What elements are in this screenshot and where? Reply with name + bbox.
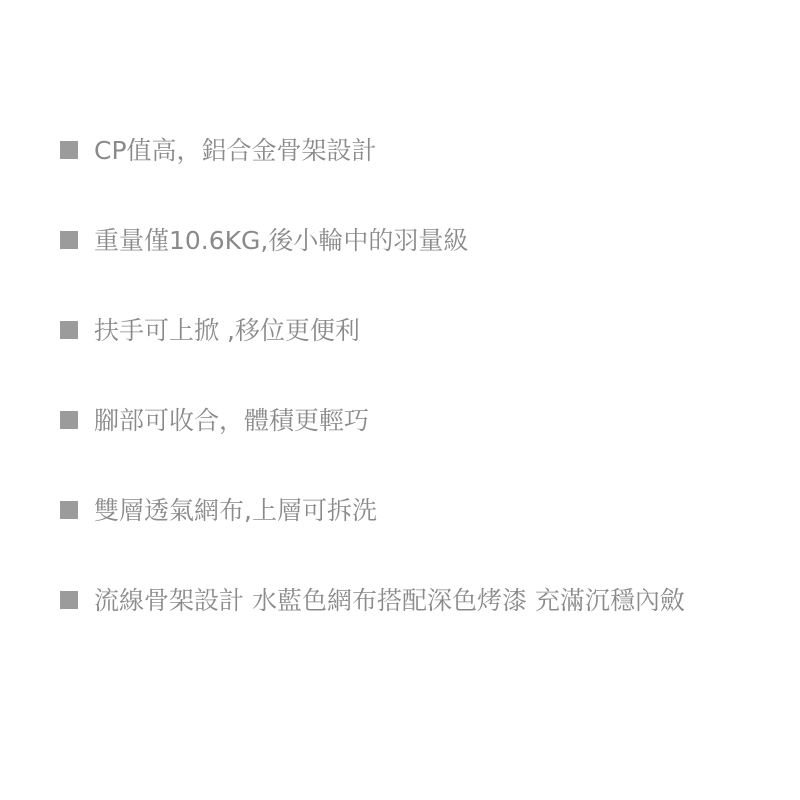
square-bullet-icon [60, 321, 78, 339]
feature-text: 重量僅10.6KG,後小輪中的羽量級 [94, 226, 468, 255]
feature-item: CP值高，鋁合金骨架設計 [60, 130, 760, 172]
feature-text: 扶手可上掀 ,移位更便利 [94, 316, 360, 345]
feature-item: 雙層透氣網布,上層可拆洗 [60, 490, 760, 532]
feature-item: 扶手可上掀 ,移位更便利 [60, 310, 760, 352]
square-bullet-icon [60, 501, 78, 519]
feature-text: CP值高，鋁合金骨架設計 [94, 136, 377, 165]
square-bullet-icon [60, 591, 78, 609]
feature-item: 腳部可收合，體積更輕巧 [60, 400, 760, 442]
feature-text: 雙層透氣網布,上層可拆洗 [94, 496, 377, 525]
feature-item: 重量僅10.6KG,後小輪中的羽量級 [60, 220, 760, 262]
feature-text: 流線骨架設計 水藍色網布搭配深色烤漆 充滿沉穩內斂 [94, 586, 685, 615]
feature-list: CP值高，鋁合金骨架設計 重量僅10.6KG,後小輪中的羽量級 扶手可上掀 ,移… [60, 130, 760, 622]
feature-item: 流線骨架設計 水藍色網布搭配深色烤漆 充滿沉穩內斂 [60, 580, 760, 622]
square-bullet-icon [60, 411, 78, 429]
feature-text: 腳部可收合，體積更輕巧 [94, 406, 369, 435]
square-bullet-icon [60, 141, 78, 159]
square-bullet-icon [60, 231, 78, 249]
